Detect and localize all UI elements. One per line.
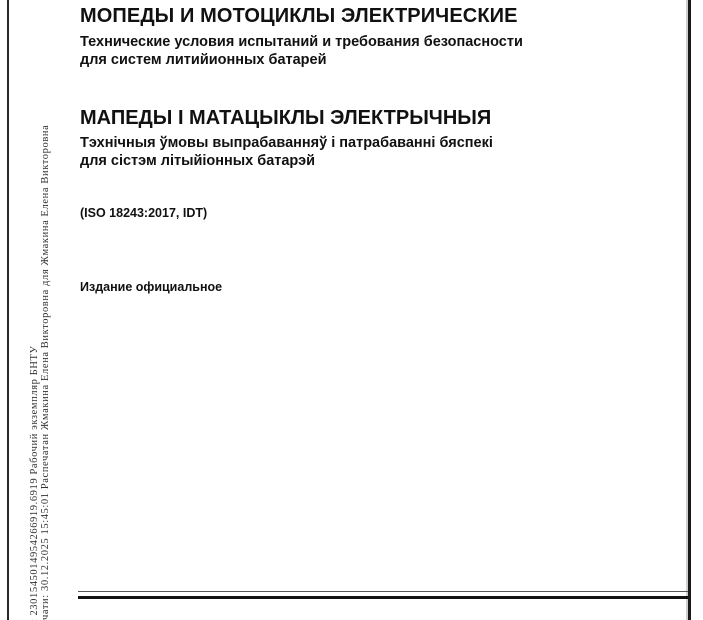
title-russian: МОПЕДЫ И МОТОЦИКЛЫ ЭЛЕКТРИЧЕСКИЕ <box>80 5 518 28</box>
iso-reference: (ISO 18243:2017, IDT) <box>80 206 207 220</box>
subtitle-belarusian-line-2: для сістэм літыйіонных батарэй <box>80 152 493 170</box>
subtitle-russian: Технические условия испытаний и требован… <box>80 33 523 69</box>
footer-rule-thick <box>78 596 688 599</box>
subtitle-belarusian-line-1: Тэхнічныя ўмовы выпрабаванняў і патрабав… <box>80 134 493 152</box>
subtitle-russian-line-1: Технические условия испытаний и требован… <box>80 33 523 51</box>
subtitle-belarusian: Тэхнічныя ўмовы выпрабаванняў і патрабав… <box>80 134 493 170</box>
footer-rule-thin <box>78 591 688 592</box>
edition-label: Издание официальное <box>80 280 222 294</box>
page-border-right <box>688 0 691 620</box>
subtitle-russian-line-2: для систем литийионных батарей <box>80 51 523 69</box>
watermark-print-info: ечати: 30.12.2025 15:45:01 Распечатан Жм… <box>40 125 51 620</box>
title-belarusian: МАПЕДЫ І МАТАЦЫКЛЫ ЭЛЕКТРЫЧНЫЯ <box>80 107 491 130</box>
page-border-left <box>7 0 9 620</box>
watermark-copy-id: й 2301545014954266919.6919 Рабочий экзем… <box>29 345 40 620</box>
